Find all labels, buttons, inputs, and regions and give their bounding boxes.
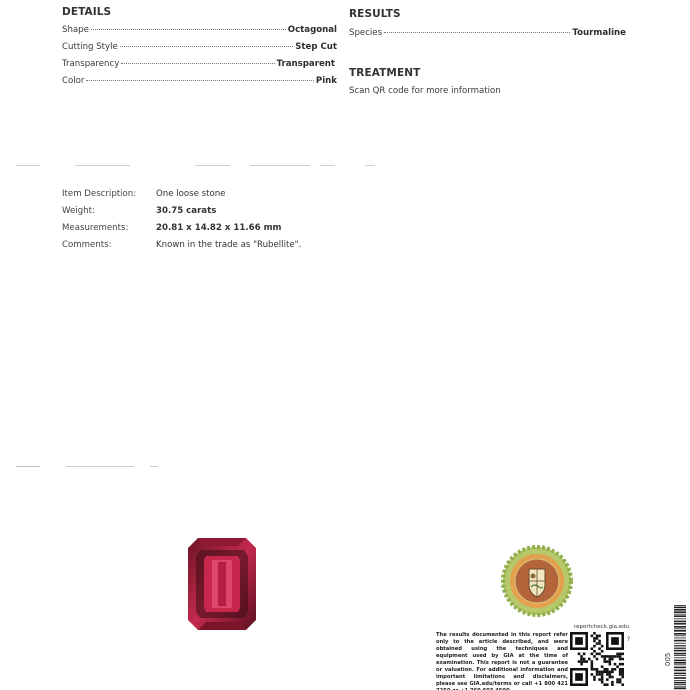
scan-artifact-line [16, 466, 40, 467]
result-value: Tourmaline [572, 28, 626, 38]
disclaimer-text: The results documented in this report re… [436, 632, 568, 690]
leader-dots [384, 32, 570, 33]
detail-value: Pink [316, 76, 337, 86]
scan-artifact-line [150, 466, 158, 467]
scan-artifact-line [320, 165, 335, 166]
leader-dots [121, 63, 274, 64]
measurements-label: Measurements: [62, 223, 128, 233]
gia-seal-icon [501, 545, 573, 617]
leader-dots [86, 80, 313, 81]
treatment-text: Scan QR code for more information [349, 86, 501, 96]
qr-url[interactable]: reportcheck.gia.edu [574, 624, 629, 630]
detail-value: Octagonal [288, 25, 337, 35]
detail-label: Color [62, 76, 84, 86]
leader-dots [120, 46, 293, 47]
item-description-label: Item Description: [62, 189, 136, 199]
leader-dots [91, 29, 286, 30]
barcode-number: 005 [664, 653, 672, 666]
detail-label: Transparency [62, 59, 119, 69]
detail-row-shape: Shape Octagonal [62, 25, 337, 35]
gemstone-emerald-cut-icon [186, 536, 258, 632]
scan-artifact-line [16, 165, 40, 166]
detail-value: Transparent [277, 59, 335, 69]
detail-row-color: Color Pink [62, 76, 337, 86]
detail-row-cutting-style: Cutting Style Step Cut [62, 42, 337, 52]
item-description-value: One loose stone [156, 189, 225, 199]
weight-label: Weight: [62, 206, 95, 216]
result-label: Species [349, 28, 382, 38]
weight-value: 30.75 carats [156, 206, 216, 216]
barcode-icon [674, 605, 686, 690]
comments-value: Known in the trade as "Rubellite". [156, 240, 301, 250]
detail-row-transparency: Transparency Transparent [62, 59, 335, 69]
scan-artifact-line [365, 165, 375, 166]
scan-artifact-line [195, 165, 230, 166]
result-row-species: Species Tourmaline [349, 28, 626, 38]
scan-artifact-line [66, 466, 134, 467]
detail-label: Shape [62, 25, 89, 35]
details-heading: DETAILS [62, 6, 111, 18]
qr-code-icon[interactable] [570, 632, 624, 690]
measurements-value: 20.81 x 14.82 x 11.66 mm [156, 223, 282, 233]
qr-mark: ? [627, 636, 630, 643]
results-heading: RESULTS [349, 8, 401, 20]
detail-value: Step Cut [295, 42, 337, 52]
comments-label: Comments: [62, 240, 111, 250]
detail-label: Cutting Style [62, 42, 118, 52]
scan-artifact-line [75, 165, 130, 166]
scan-artifact-line [250, 165, 310, 166]
treatment-heading: TREATMENT [349, 67, 420, 79]
